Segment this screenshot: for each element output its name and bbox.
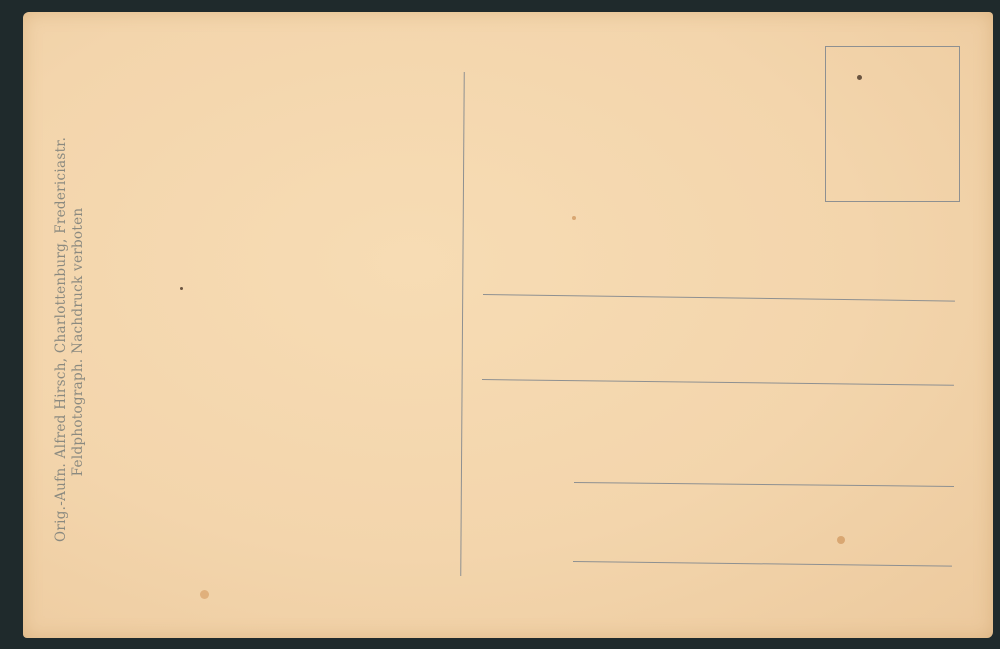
publisher-imprint: Orig.-Aufn. Alfred Hirsch, Charlottenbur… (53, 142, 87, 542)
foxing-spot (180, 287, 183, 290)
foxing-spot (857, 75, 862, 80)
stamp-box (825, 46, 960, 202)
imprint-line-1: Orig.-Aufn. Alfred Hirsch, Charlottenbur… (53, 142, 70, 542)
imprint-line-2: Feldphotograph. Nachdruck verboten (70, 142, 87, 542)
foxing-spot (837, 536, 845, 544)
foxing-spot (572, 216, 576, 220)
foxing-spot (200, 590, 209, 599)
